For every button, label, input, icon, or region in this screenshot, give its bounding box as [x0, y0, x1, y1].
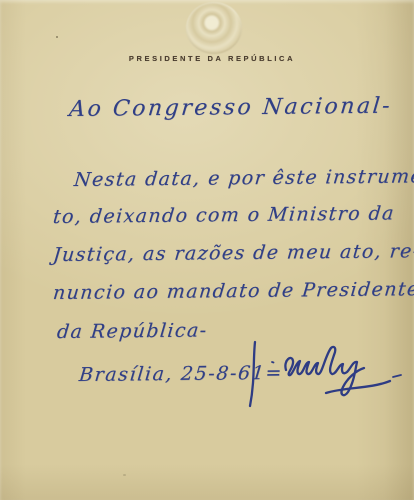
- salutation-line: Ao Congresso Nacional-: [68, 94, 393, 122]
- embossed-seal: [186, 2, 242, 54]
- paper-speck: [56, 36, 58, 38]
- body-line: Justiça, as razões de meu ato, re-: [52, 240, 414, 266]
- body-line: to, deixando com o Ministro da: [52, 202, 396, 228]
- letterhead-text: PRESIDENTE DA REPÚBLICA: [0, 54, 414, 63]
- paper-speck: [123, 474, 126, 476]
- body-line: nuncio ao mandato de Presidente: [52, 278, 414, 304]
- signature-autograph: [242, 334, 404, 414]
- letter-page: PRESIDENTE DA REPÚBLICA Ao Congresso Nac…: [0, 0, 414, 500]
- body-line: Nesta data, e por êste instrumen-: [73, 165, 414, 191]
- body-line: da República-: [56, 319, 209, 343]
